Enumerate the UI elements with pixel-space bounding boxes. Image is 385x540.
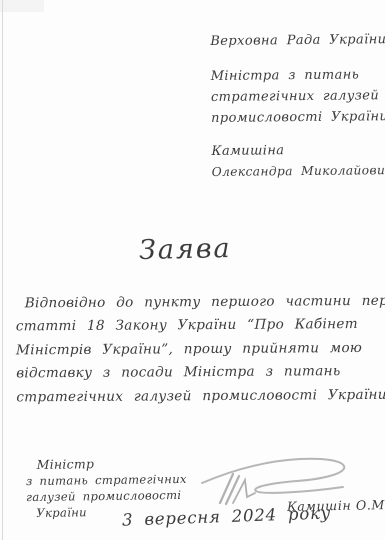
sender-name-line: Камишіна — [211, 139, 385, 162]
body-line: відставку з посади Міністра з питань — [16, 360, 385, 386]
letter-title: Заява — [139, 233, 232, 266]
scanned-letter-page: Верховна Рада України Міністра з питань … — [0, 0, 385, 540]
body-line: стратегічних галузей промисловості Украї… — [16, 383, 385, 409]
body-line: Міністрів України”, прошу прийняти мою — [16, 336, 385, 362]
addressee-line: Верховна Рада України — [210, 29, 385, 52]
sender-name-line: Олександра Миколайовича — [212, 160, 385, 183]
sender-title-line: Міністра з питань — [211, 64, 385, 87]
scan-artifact-corner — [0, 0, 44, 12]
sender-title-line: промисловості України — [211, 106, 385, 129]
sender-title-line: стратегічних галузей — [211, 85, 385, 108]
addressee-block: Верховна Рада України Міністра з питань … — [210, 29, 385, 183]
signoff-line: галузей промисловості — [26, 487, 187, 505]
scan-edge-line — [2, 0, 3, 540]
body-line: статті 18 Закону України “Про Кабінет — [16, 313, 385, 339]
letter-body: Відповідно до пункту першого частини пер… — [16, 290, 385, 410]
body-line: Відповідно до пункту першого частини пер… — [16, 290, 385, 316]
